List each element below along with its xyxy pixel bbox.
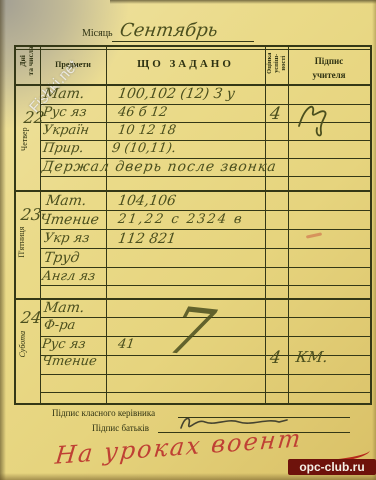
row-line [40,285,372,286]
day24-grade: 4 [269,348,283,368]
photo-edge-right [372,0,376,480]
col-divider-subject [106,45,107,405]
header-teacher: Підпис учителя [292,55,366,82]
teacher-note: Держал дверь после звонка [41,159,278,175]
header-grade-line3: ності [280,40,287,86]
header-days-line2: та числа [27,38,35,84]
task-cell: 46 б 12 [117,105,168,120]
row-line [40,229,372,230]
row-line [40,267,372,268]
task-cell: 21,22 с 2324 в [117,212,245,227]
subject-cell: Чтение [41,354,98,369]
day22-grade: 4 [269,104,283,124]
subject-cell: Мат. [45,193,88,209]
month-underline [112,41,254,42]
diary-page-photo: Fishki.net Місяць Сентябрь Дні та числа … [0,0,376,480]
subject-cell: Труд [43,250,81,266]
header-subject: Предмети [40,60,106,69]
subject-cell: Рус яз [42,105,88,120]
subject-cell: Прир. [42,141,85,156]
task-cell: 104,106 [117,193,177,209]
subject-cell: Рус яз [41,337,87,352]
task-cell: 100,102 (12) З у [117,86,236,102]
day22-weekday: Четвер [21,109,29,169]
row-line [40,248,372,249]
subject-cell: Англ яз [41,269,96,284]
subject-cell: Мат. [43,300,86,316]
class-teacher-label: Підпис класного керівника [52,408,155,418]
photo-edge-left [0,0,6,480]
row-line [40,176,372,177]
col-divider-task [265,45,266,405]
parents-label: Підпис батьків [92,423,149,433]
header-teacher-line1: Підпис [292,55,366,69]
red-smudge [306,232,322,238]
header-task: ЩО ЗАДАНО [106,58,265,70]
header-grade: Оцінка успіш- ності [267,40,287,86]
task-cell: 112 821 [117,231,177,247]
opc-club-text: opc-club.ru [299,460,364,474]
table-top-rule2 [14,49,372,50]
subject-cell: Чтение [39,212,100,228]
teacher-signature [295,100,345,145]
task-cell: 10 12 18 [117,123,177,138]
table-right-border [370,45,372,405]
col-divider-grade [288,45,289,405]
table-bottom-rule [14,403,372,405]
day24-weekday: Субота [19,314,27,374]
month-label: Місяць [82,28,113,39]
row-line [40,392,372,393]
day22-bottom-rule [14,190,372,192]
subject-cell: Ф-ра [43,318,76,333]
row-line [40,210,372,211]
table-left-border [14,45,16,405]
photo-edge-top [110,0,376,4]
big-seven-mark: 7 [159,294,222,372]
table-top-rule [14,45,372,47]
task-cell: 41 [117,337,136,352]
row-line [40,374,372,375]
subject-cell: Україн [42,123,90,138]
subject-cell: Укр яз [43,231,90,246]
day23-weekday: П'ятниця [18,212,26,272]
header-days: Дні та числа [19,38,35,84]
watermark-opc-club: opc-club.ru [288,459,376,475]
day24-teacher-sign: КМ. [295,348,329,366]
task-cell: 9 (10,11). [111,141,177,156]
subject-cell: Мат. [43,86,86,102]
month-value-handwritten: Сентябрь [119,20,220,41]
header-teacher-line2: учителя [292,69,366,83]
